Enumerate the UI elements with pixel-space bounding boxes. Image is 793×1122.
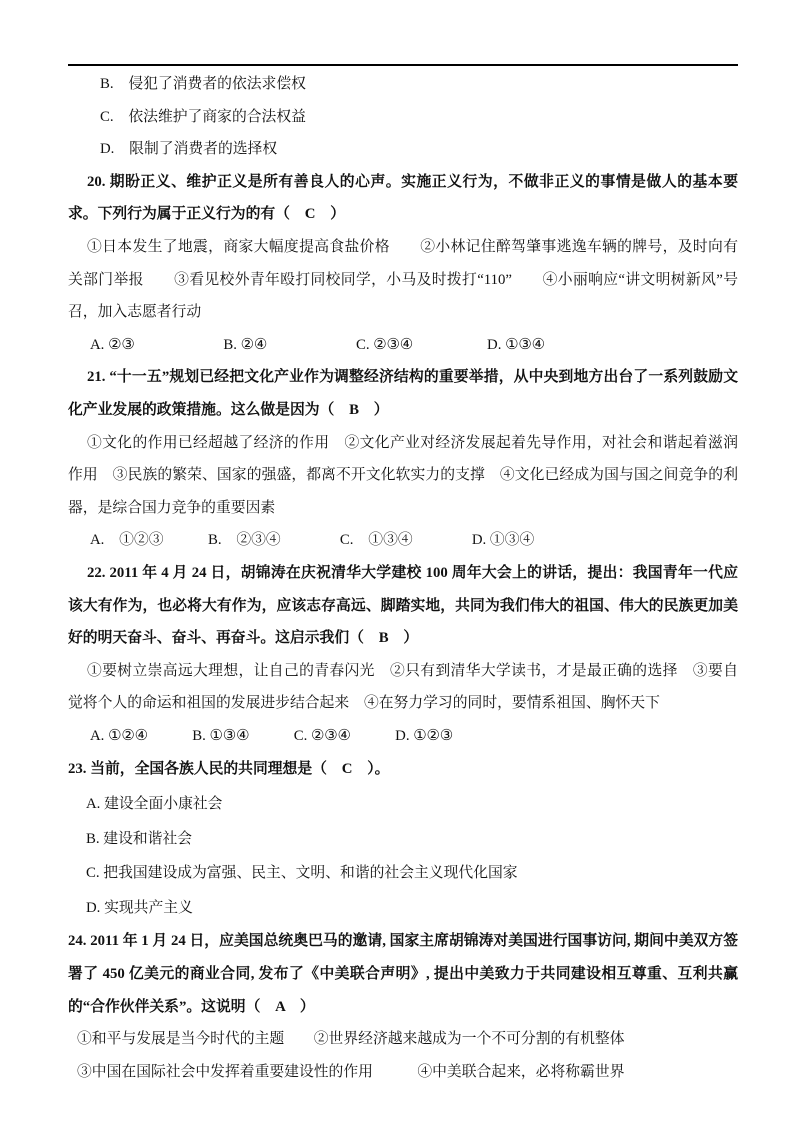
q20-stem: 20. 期盼正义、维护正义是所有善良人的心声。实施正义行为，不做非正义的事情是做… xyxy=(68,166,738,231)
q19-option-b: B. 侵犯了消费者的依法求偿权 xyxy=(68,68,738,101)
q21-answer-row: A. ①②③ B. ②③④ C. ①③④ D. ①③④ xyxy=(68,524,738,557)
q21-items: ①文化的作用已经超越了经济的作用 ②文化产业对经济发展起着先导作用，对社会和谐起… xyxy=(68,427,738,525)
q22-stem: 22. 2011 年 4 月 24 日，胡锦涛在庆祝清华大学建校 100 周年大… xyxy=(68,557,738,655)
q20-items: ①日本发生了地震，商家大幅度提高食盐价格 ②小林记住醉驾肇事逃逸车辆的牌号，及时… xyxy=(68,231,738,329)
q24-items-line-1: ①和平与发展是当今时代的主题 ②世界经济越来越成为一个不可分割的有机整体 xyxy=(68,1023,738,1056)
q24-stem: 24. 2011 年 1 月 24 日，应美国总统奥巴马的邀请, 国家主席胡锦涛… xyxy=(68,925,738,1023)
q24-items-line-2: ③中国在国际社会中发挥着重要建设性的作用 ④中美联合起来，必将称霸世界 xyxy=(68,1056,738,1089)
q23-stem: 23. 当前，全国各族人民的共同理想是（ C ）。 xyxy=(68,752,738,787)
q22-items: ①要树立崇高远大理想，让自己的青春闪光 ②只有到清华大学读书，才是最正确的选择 … xyxy=(68,655,738,720)
header-rule xyxy=(68,64,738,66)
q22-answer-row: A. ①②④ B. ①③④ C. ②③④ D. ①②③ xyxy=(68,720,738,753)
q19-option-c: C. 依法维护了商家的合法权益 xyxy=(68,101,738,134)
q23-option-b: B. 建设和谐社会 xyxy=(68,822,738,857)
exam-document-page: B. 侵犯了消费者的依法求偿权 C. 依法维护了商家的合法权益 D. 限制了消费… xyxy=(0,0,793,1122)
q23-option-d: D. 实现共产主义 xyxy=(68,891,738,926)
q23-block: 23. 当前，全国各族人民的共同理想是（ C ）。 A. 建设全面小康社会 B.… xyxy=(68,752,738,925)
q21-stem: 21. “十一五”规划已经把文化产业作为调整经济结构的重要举措，从中央到地方出台… xyxy=(68,361,738,426)
q19-option-d: D. 限制了消费者的选择权 xyxy=(68,133,738,166)
q20-answer-row: A. ②③ B. ②④ C. ②③④ D. ①③④ xyxy=(68,329,738,362)
q23-option-c: C. 把我国建设成为富强、民主、文明、和谐的社会主义现代化国家 xyxy=(68,856,738,891)
q23-option-a: A. 建设全面小康社会 xyxy=(68,787,738,822)
